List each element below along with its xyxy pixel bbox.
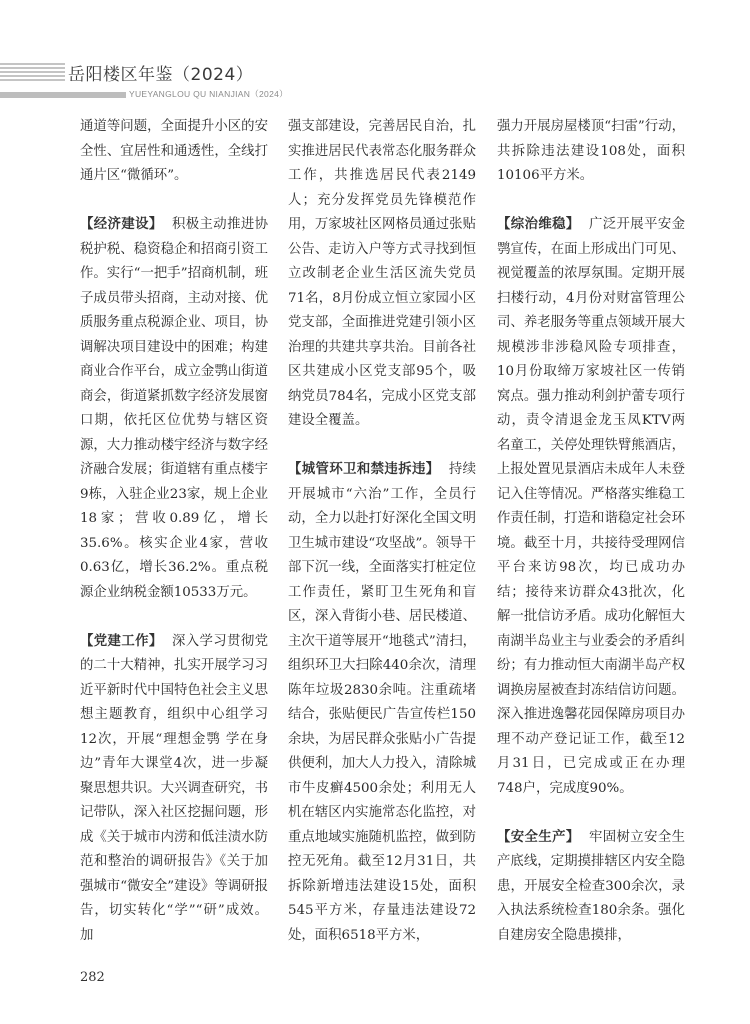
paragraph: 【综治维稳】 广泛开展平安金鹗宣传，在面上形成出门可见、视觉覆盖的浓厚氛围。定期… [497, 213, 685, 801]
section-heading: 【党建工作】 [80, 634, 163, 649]
header-subbar-decoration [0, 92, 126, 98]
header-stripes-decoration [0, 63, 65, 83]
paragraph-text: 广泛开展平安金鹗宣传，在面上形成出门可见、视觉覆盖的浓厚氛围。定期开展扫楼行动，… [497, 217, 685, 796]
section-heading: 【城管环卫和禁违拆违】 [288, 462, 440, 477]
paragraph-text: 通道等问题，全面提升小区的安全性、宜居性和通透性，全线打通片区“微循环”。 [80, 119, 268, 183]
paragraph-text: 深入学习贯彻党的二十大精神，扎实开展学习习近平新时代中国特色社会主义思想主题教育… [80, 634, 268, 943]
section-heading: 【综治维稳】 [497, 217, 580, 232]
paragraph-text: 牢固树立安全生产底线，定期摸排辖区内安全隐患，开展安全检查300余次，录入执法系… [497, 830, 685, 943]
text-column-1: 通道等问题，全面提升小区的安全性、宜居性和通透性，全线打通片区“微循环”。 【经… [80, 115, 268, 948]
paragraph-text: 积极主动推进协税护税、稳资稳企和招商引资工作。实行“一把手”招商机制，班子成员带… [80, 217, 268, 600]
paragraph: 【党建工作】 深入学习贯彻党的二十大精神，扎实开展学习习近平新时代中国特色社会主… [80, 630, 268, 949]
paragraph-text: 强支部建设，完善居民自治，扎实推进居民代表常态化服务群众工作，共推选居民代表21… [288, 119, 476, 428]
page-number: 282 [80, 970, 105, 985]
paragraph: 【经济建设】 积极主动推进协税护税、稳资稳企和招商引资工作。实行“一把手”招商机… [80, 213, 268, 605]
section-heading: 【安全生产】 [497, 830, 580, 845]
paragraph: 【安全生产】 牢固树立安全生产底线，定期摸排辖区内安全隐患，开展安全检查300余… [497, 826, 685, 949]
paragraph: 强力开展房屋楼顶“扫雷”行动，共拆除违法建设108处，面积10106平方米。 [497, 115, 685, 189]
text-column-2: 强支部建设，完善居民自治，扎实推进居民代表常态化服务群众工作，共推选居民代表21… [288, 115, 476, 948]
running-header: 岳阳楼区年鉴（2024） YUEYANGLOU QU NIANJIAN（2024… [0, 60, 750, 100]
paragraph-text: 持续开展城市“六治”工作，全员行动，全力以赴打好深化全国文明卫生城市建设“攻坚战… [288, 462, 476, 943]
paragraph-text: 强力开展房屋楼顶“扫雷”行动，共拆除违法建设108处，面积10106平方米。 [497, 119, 685, 183]
paragraph: 强支部建设，完善居民自治，扎实推进居民代表常态化服务群众工作，共推选居民代表21… [288, 115, 476, 434]
paragraph: 【城管环卫和禁违拆违】 持续开展城市“六治”工作，全员行动，全力以赴打好深化全国… [288, 458, 476, 948]
text-column-3: 强力开展房屋楼顶“扫雷”行动，共拆除违法建设108处，面积10106平方米。 【… [497, 115, 685, 948]
yearbook-title: 岳阳楼区年鉴（2024） [68, 60, 253, 85]
paragraph: 通道等问题，全面提升小区的安全性、宜居性和通透性，全线打通片区“微循环”。 [80, 115, 268, 189]
yearbook-subtitle: YUEYANGLOU QU NIANJIAN（2024） [129, 88, 288, 100]
section-heading: 【经济建设】 [80, 217, 163, 232]
